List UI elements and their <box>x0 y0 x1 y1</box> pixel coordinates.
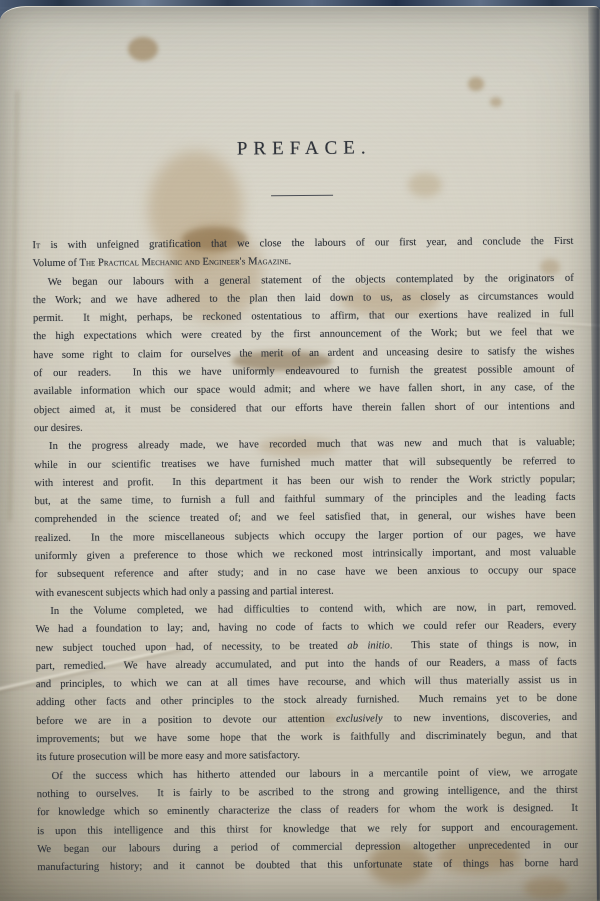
body-text: nothing to ourselves. It is fairly to be… <box>37 785 578 800</box>
text-line: manufacturing history; and it cannot be … <box>37 855 578 878</box>
body-text: but, at the same time, to furnish a full… <box>34 492 575 507</box>
body-text: uniformly given a preference to those wh… <box>35 547 576 562</box>
small-caps-text: The Practical Mechanic and Engineer's Ma… <box>79 256 288 269</box>
body-text: before we are in a position to devote ou… <box>36 713 336 726</box>
body-text: Volume of <box>33 258 80 269</box>
body-text: with interest and profit. In this depart… <box>34 474 575 489</box>
text-block: It is with unfeigned gratification that … <box>32 233 578 878</box>
body-text: adding other facts and other principles … <box>36 693 577 708</box>
body-text: with evanescent subjects which had only … <box>35 585 334 598</box>
body-text: its future prosecution will be more easy… <box>36 750 300 763</box>
italic-text: ab initio <box>347 640 390 651</box>
body-text: We had a foundation to lay; and, having … <box>35 620 576 635</box>
body-text: available information which our space wo… <box>34 382 575 397</box>
small-caps-text: It <box>32 240 40 251</box>
body-text: In the Volume completed, we had difficul… <box>50 602 576 617</box>
body-text: the Work; and we have adhered to the pla… <box>33 291 574 306</box>
body-text: have some right to claim for ourselves t… <box>33 346 574 361</box>
book-page: PREFACE. It is with unfeigned gratificat… <box>0 6 600 901</box>
italic-text: exclusively <box>336 713 383 724</box>
body-text: is upon this intelligence and this thirs… <box>37 821 578 836</box>
book-page-photo: { "colors": { "paper": "#d2cec0", "ink":… <box>0 0 600 901</box>
body-text: improvements; but we have some hope that… <box>36 730 577 745</box>
body-text: for subsequent reference and after study… <box>35 565 576 580</box>
body-text: Of the success which has hitherto attend… <box>52 766 578 781</box>
body-text: object aimed at, it must be considered t… <box>34 401 575 416</box>
body-text: while in our scientific treatises we hav… <box>34 455 575 470</box>
body-text: new subject touched upon had, of necessi… <box>36 640 348 653</box>
body-text: for knowledge which so eminently charact… <box>37 803 578 818</box>
body-text: to new inventions, discoveries, and <box>382 712 577 725</box>
body-text: and principles, to which we can at all t… <box>36 675 577 690</box>
body-text: We began our labours with a general stat… <box>48 272 574 287</box>
body-text: comprehended in the science treated of; … <box>35 510 576 525</box>
body-text: . <box>289 256 292 267</box>
body-text: In the progress already made, we have re… <box>49 437 575 452</box>
crease <box>8 91 19 521</box>
page-text: PREFACE. It is with unfeigned gratificat… <box>29 5 579 901</box>
body-text: part, remedied. We have already accumula… <box>36 657 577 672</box>
body-text: of our readers. In this we have uniforml… <box>33 364 574 379</box>
body-text: manufacturing history; and it cannot be … <box>37 858 578 873</box>
title-rule <box>271 195 333 196</box>
body-text: our desires. <box>34 423 83 434</box>
body-text: is with unfeigned gratification that we … <box>40 236 573 251</box>
body-text: realized. In the more miscellaneous subj… <box>35 529 576 544</box>
body-text: . This state of things is now, in <box>390 638 577 650</box>
body-text: the high expectations which were created… <box>33 327 574 342</box>
body-text: permit. It might, perhaps, be reckoned o… <box>33 309 574 324</box>
page-right-edge-shadow <box>586 7 600 901</box>
preface-title: PREFACE. <box>30 136 573 162</box>
body-text: We began our labours during a period of … <box>37 840 578 855</box>
